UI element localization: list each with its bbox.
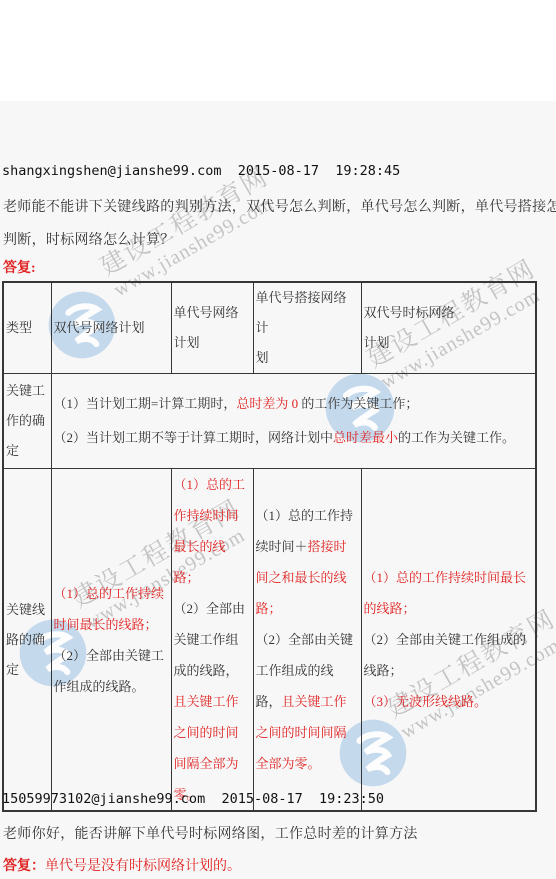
reply-content: 单代号是没有时标网络计划的。 — [45, 859, 241, 874]
reply-label: 答复: — [3, 257, 36, 277]
question-text-line: 老师你好，能否讲解下单代号时标网络图，工作总时差的计算方法 — [3, 823, 418, 843]
post-author-timestamp: 15059973102@jianshe99.com 2015-08-17 19:… — [2, 791, 384, 807]
col-header-single-code-lapped: 单代号搭接网络计 划 — [253, 282, 361, 374]
col-header-double-code-timescale: 双代号时标网络 计划 — [361, 282, 536, 374]
content-layer: shangxingshen@jianshe99.com 2015-08-17 1… — [0, 0, 556, 879]
row-label-key-path: 关键线路的确定 — [3, 469, 51, 812]
table-row-key-path: 关键线路的确定 （1）总的工作持续时间最长的线路；（2）全部由关键工作组成的线路… — [3, 469, 536, 812]
reply-label: 答复： — [3, 859, 45, 874]
reply-text: 答复：单代号是没有时标网络计划的。 — [3, 855, 241, 875]
table-row-key-work: 关键工作的确定 （1）当计划工期=计算工期时，总时差为 0 的工作为关键工作；（… — [3, 374, 536, 469]
question-text-line: 老师能不能讲下关键线路的判别方法，双代号怎么判断，单代号怎么判断，单代号搭接怎么 — [3, 196, 556, 216]
cell-key-path-single-code: （1）总的工作持续时间最长的线路；（2）全部由关键工作组成的线路，且关键工作之间… — [171, 469, 253, 812]
cell-key-path-single-code-lapped: （1）总的工作持续时间＋搭接时间之和最长的线路；（2）全部由关键工作组成的线路，… — [253, 469, 361, 812]
col-header-single-code: 单代号网络计划 — [171, 282, 253, 374]
question-text-line: 判断，时标网络怎么计算？ — [3, 229, 175, 249]
col-header-type: 类型 — [3, 282, 51, 374]
post-author-timestamp: shangxingshen@jianshe99.com 2015-08-17 1… — [2, 163, 400, 179]
col-header-double-code: 双代号网络计划 — [51, 282, 171, 374]
cell-key-path-double-code-timescale: （1）总的工作持续时间最长的线路；（2）全部由关键工作组成的线路；（3）无波形线… — [361, 469, 536, 812]
qa-page: 建设工程教育网 www.jianshe99.com 建设工程教育网 www.ji… — [0, 0, 556, 879]
network-plan-comparison-table: 类型 双代号网络计划 单代号网络计划 单代号搭接网络计 划 双代号时标网络 计划… — [2, 281, 537, 812]
row-label-key-work: 关键工作的确定 — [3, 374, 51, 469]
cell-key-path-double-code: （1）总的工作持续时间最长的线路；（2）全部由关键工作组成的线路。 — [51, 469, 171, 812]
cell-key-work-rules: （1）当计划工期=计算工期时，总时差为 0 的工作为关键工作；（2）当计划工期不… — [51, 374, 536, 469]
table-header-row: 类型 双代号网络计划 单代号网络计划 单代号搭接网络计 划 双代号时标网络 计划 — [3, 282, 536, 374]
